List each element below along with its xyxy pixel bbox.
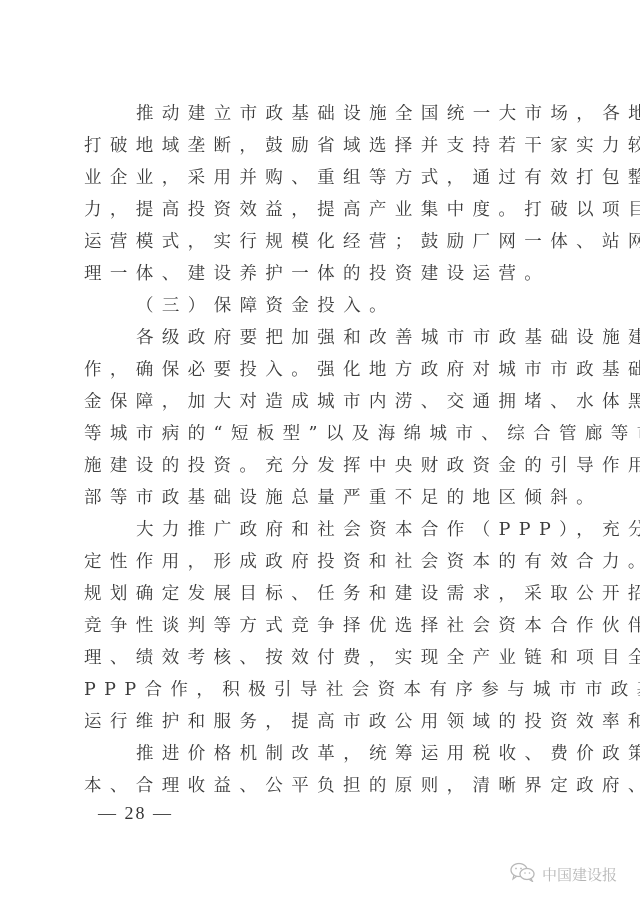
paragraph-ppp: 大力推广政府和社会资本合作（PPP），充分发挥市场机制决 定性作用，形成政府投资… xyxy=(84,514,558,738)
wechat-icon xyxy=(510,862,536,886)
text-line: 竞争性谈判等方式竞争择优选择社会资本合作伙伴，通过合同管 xyxy=(84,610,558,642)
text-line: 作，确保必要投入。强化地方政府对城市市政基础设施建设的资 xyxy=(84,354,558,386)
text-line: 施建设的投资。充分发挥中央财政资金的引导作用，重点向中西 xyxy=(84,450,558,482)
text-line: 金保障，加大对造成城市内涝、交通拥堵、水体黑臭、垃圾围城 xyxy=(84,386,558,418)
paragraph-pricing: 推进价格机制改革，统筹运用税收、费价政策，按照补偿成 本、合理收益、公平负担的原… xyxy=(84,738,558,802)
text-line: 本、合理收益、公平负担的原则，清晰界定政府、企业和用户的 xyxy=(84,770,558,802)
text-line: 定性作用，形成政府投资和社会资本的有效合力。城市政府通过 xyxy=(84,546,558,578)
text-line: 各级政府要把加强和改善城市市政基础设施建设作为重点工 xyxy=(84,322,558,354)
text-line: 业企业，采用并购、重组等方式，通过有效打包整合提升收益能 xyxy=(84,162,558,194)
source-watermark: 中国建设报 xyxy=(510,862,617,886)
text-line: 运行维护和服务，提高市政公用领域的投资效率和服务质量。 xyxy=(84,706,558,738)
text-line: 打破地域垄断，鼓励省域选择并支持若干家实力较强的省内外专 xyxy=(84,130,558,162)
paragraph-market: 推动建立市政基础设施全国统一大市场，各地要开放市场， 打破地域垄断，鼓励省域选择… xyxy=(84,98,558,290)
text-line: 推进价格机制改革，统筹运用税收、费价政策，按照补偿成 xyxy=(84,738,558,770)
text-line: 推动建立市政基础设施全国统一大市场，各地要开放市场， xyxy=(84,98,558,130)
text-line: PPP合作，积极引导社会资本有序参与城市市政基础设施建设、 xyxy=(84,674,558,706)
watermark-label: 中国建设报 xyxy=(542,864,617,885)
text-line: 规划确定发展目标、任务和建设需求，采取公开招标、邀请招标、 xyxy=(84,578,558,610)
text-line: 理一体、建设养护一体的投资建设运营。 xyxy=(84,258,558,290)
text-line: 理、绩效考核、按效付费，实现全产业链和项目全生命周期的 xyxy=(84,642,558,674)
text-line: 力，提高投资效益，提高产业集中度。打破以项目为单位的分散 xyxy=(84,194,558,226)
text-line: 等城市病的“短板型”以及海绵城市、综合管廊等市政基础设 xyxy=(84,418,558,450)
section-heading: （三）保障资金投入。 xyxy=(84,290,558,322)
document-page: 推动建立市政基础设施全国统一大市场，各地要开放市场， 打破地域垄断，鼓励省域选择… xyxy=(84,98,558,802)
page-number: — 28 — xyxy=(98,803,173,824)
text-line: 运营模式，实行规模化经营；鼓励厂网一体、站网一体、收集处 xyxy=(84,226,558,258)
text-line: 部等市政基础设施总量严重不足的地区倾斜。 xyxy=(84,482,558,514)
text-line: 大力推广政府和社会资本合作（PPP），充分发挥市场机制决 xyxy=(84,514,558,546)
paragraph-funding: 各级政府要把加强和改善城市市政基础设施建设作为重点工 作，确保必要投入。强化地方… xyxy=(84,322,558,514)
